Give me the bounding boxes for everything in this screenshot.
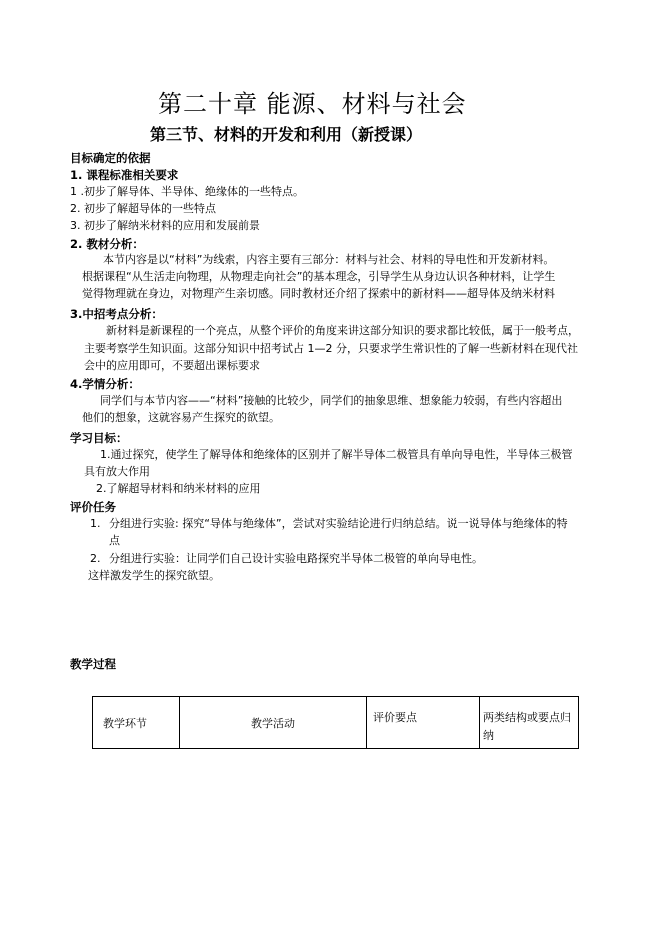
process-table: 教学环节 教学活动 评价要点 两类结构或要点归纳 [92,696,579,749]
assessment-item-cont: 点 [109,532,120,549]
chapter-title: 第二十章 能源、材料与社会 [158,84,467,119]
assessment-item-num: 1. [90,515,101,532]
students-heading: 4.学情分析： [70,376,140,392]
objective-line: 2.了解超导材料和纳米材料的应用 [96,480,261,497]
section-title: 第三节、材料的开发和利用（新授课） [150,122,422,145]
assessment-heading: 评价任务 [70,499,116,515]
curriculum-item: 3. 初步了解纳米材料的应用和发展前景 [70,217,260,234]
table-header-cell: 两类结构或要点归纳 [480,697,579,749]
objectives-heading: 学习目标： [70,430,128,446]
exam-line: 新材料是新课程的一个亮点，从整个评价的角度来讲这部分知识的要求都比较低，属于一般… [106,322,579,339]
assessment-item-text: 分组进行实验: 探究“导体与绝缘体”，尝试对实验结论进行归纳总结。说一说导体与绝… [109,515,568,532]
table-header-cell: 教学活动 [180,697,367,749]
table-header-row: 教学环节 教学活动 评价要点 两类结构或要点归纳 [93,697,579,749]
textbook-line: 觉得物理就在身边，对物理产生亲切感。同时教材还介绍了探索中的新材料——超导体及纳… [82,285,555,302]
objective-line: 具有放大作用 [84,463,150,480]
basis-heading: 目标确定的依据 [70,150,151,166]
curriculum-item: 1 .初步了解导体、半导体、绝缘体的一些特点。 [70,183,304,200]
exam-line: 主要考察学生知识面。这部分知识中招考试占 1—2 分，只要求学生常识性的了解一些… [84,340,578,357]
exam-heading: 3.中招考点分析： [70,306,163,322]
students-line: 他们的想象，这就容易产生探究的欲望。 [82,409,280,426]
table-header-cell: 评价要点 [367,697,480,749]
textbook-line: 根据课程“从生活走向物理，从物理走向社会”的基本理念，引导学生从身边认识各种材料… [82,268,555,285]
curriculum-heading: 1. 课程标准相关要求 [70,167,178,183]
assessment-item-text: 分组进行实验：让同学们自己设计实验电路探究半导体二极管的单向导电性。 [109,550,483,567]
curriculum-item: 2. 初步了解超导体的一些特点 [70,200,216,217]
objective-line: 1.通过探究，使学生了解导体和绝缘体的区别并了解半导体二极管具有单向导电性，半导… [100,446,573,463]
exam-line: 会中的应用即可，不要超出课标要求 [84,357,260,374]
process-heading: 教学过程 [70,656,116,672]
textbook-line: 本节内容是以“材料”为线索，内容主要有三部分：材料与社会、材料的导电性和开发新材… [103,251,554,268]
table-header-cell: 教学环节 [93,697,180,749]
assessment-closing: 这样激发学生的探究欲望。 [88,567,220,584]
students-line: 同学们与本节内容——“材料”接触的比较少，同学们的抽象思维、想象能力较弱，有些内… [100,392,562,409]
assessment-item-num: 2. [90,550,101,567]
textbook-heading: 2. 教材分析： [70,236,144,252]
